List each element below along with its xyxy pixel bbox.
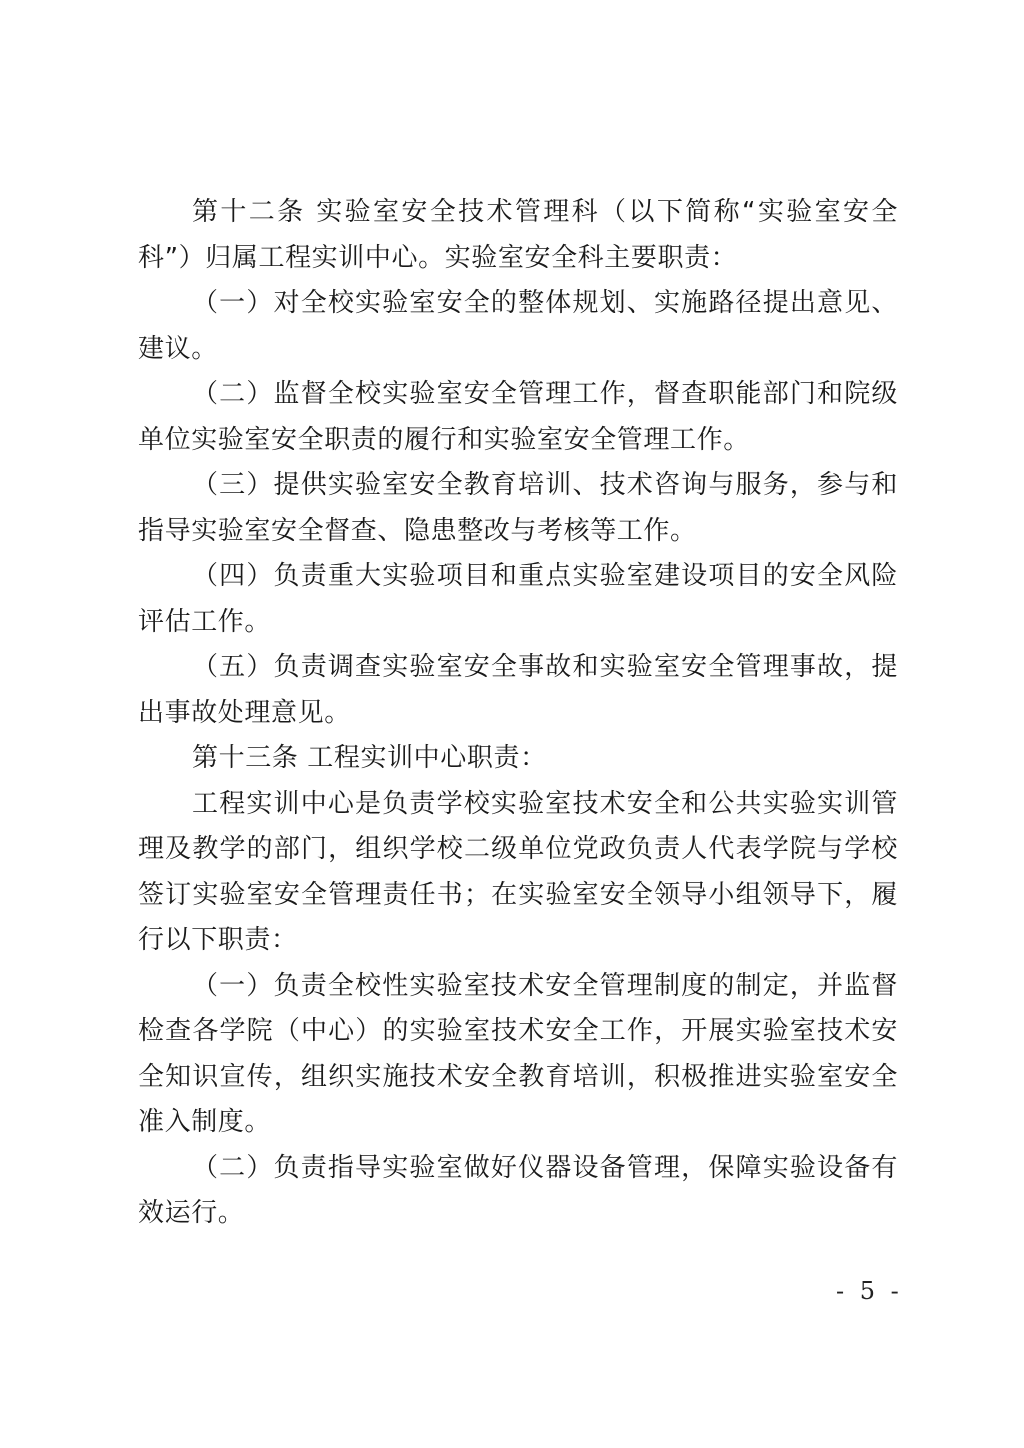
article-13-intro: 工程实训中心是负责学校实验室技术安全和公共实验实训管理及教学的部门，组织学校二级… <box>138 782 898 964</box>
document-body: 第十二条 实验室安全技术管理科（以下简称“实验室安全科”）归属工程实训中心。实验… <box>138 190 898 1237</box>
article-12-item-4: （四）负责重大实验项目和重点实验室建设项目的安全风险评估工作。 <box>138 554 898 645</box>
article-12-item-2: （二）监督全校实验室安全管理工作，督查职能部门和院级单位实验室安全职责的履行和实… <box>138 372 898 463</box>
article-12-item-1: （一）对全校实验室安全的整体规划、实施路径提出意见、建议。 <box>138 281 898 372</box>
article-13-item-1: （一）负责全校性实验室技术安全管理制度的制定，并监督检查各学院（中心）的实验室技… <box>138 964 898 1146</box>
article-12-heading: 第十二条 实验室安全技术管理科（以下简称“实验室安全科”）归属工程实训中心。实验… <box>138 190 898 281</box>
article-12-item-5: （五）负责调查实验室安全事故和实验室安全管理事故，提出事故处理意见。 <box>138 645 898 736</box>
article-12-item-3: （三）提供实验室安全教育培训、技术咨询与服务，参与和指导实验室安全督查、隐患整改… <box>138 463 898 554</box>
article-13-item-2: （二）负责指导实验室做好仪器设备管理，保障实验设备有效运行。 <box>138 1146 898 1237</box>
article-13-heading: 第十三条 工程实训中心职责： <box>138 736 898 782</box>
page-number: - 5 - <box>836 1277 903 1305</box>
